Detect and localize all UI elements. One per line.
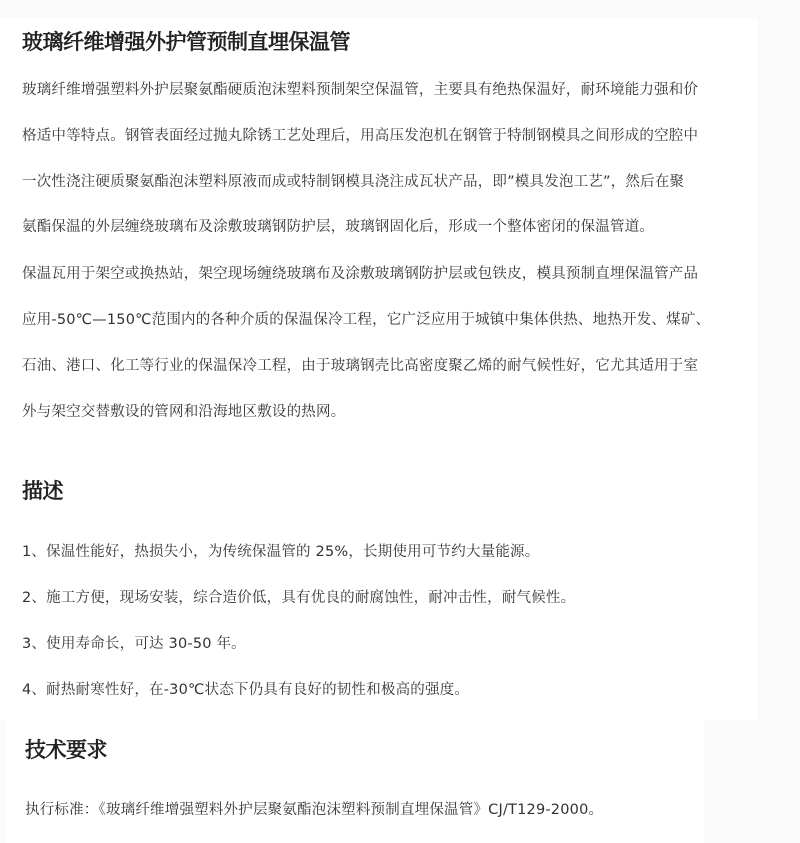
feature-item-2: 2、施工方便，现场安装，综合造价低，具有优良的耐腐蚀性，耐冲击性，耐气候性。 <box>22 586 575 607</box>
section-heading-technical-requirements: 技术要求 <box>25 734 107 764</box>
intro-line-1: 玻璃纤维增强塑料外护层聚氨酯硬质泡沫塑料预制架空保温管，主要具有绝热保温好，耐环… <box>22 78 698 99</box>
product-title: 玻璃纤维增强外护管预制直埋保温管 <box>22 26 350 56</box>
section-heading-description: 描述 <box>22 475 63 505</box>
intro-line-8: 外与架空交替敷设的管网和沿海地区敷设的热网。 <box>22 400 345 421</box>
intro-line-4: 氨酯保温的外层缠绕玻璃布及涂敷玻璃钢防护层，玻璃钢固化后，形成一个整体密闭的保温… <box>22 215 654 236</box>
intro-line-5: 保温瓦用于架空或换热站，架空现场缠绕玻璃布及涂敷玻璃钢防护层或包铁皮，模具预制直… <box>22 262 698 283</box>
feature-item-4: 4、耐热耐寒性好，在-30℃状态下仍具有良好的韧性和极高的强度。 <box>22 678 469 699</box>
intro-line-7: 石油、港口、化工等行业的保温保冷工程，由于玻璃钢壳比高密度聚乙烯的耐气候性好，它… <box>22 354 698 375</box>
standard-text: 执行标准：《玻璃纤维增强塑料外护层聚氨酯泡沫塑料预制直埋保温管》CJ/T129-… <box>25 798 603 819</box>
intro-line-2: 格适中等特点。钢管表面经过抛丸除锈工艺处理后，用高压发泡机在钢管于特制钢模具之间… <box>22 124 698 145</box>
intro-line-6: 应用-50℃—150℃范围内的各种介质的保温保冷工程，它广泛应用于城镇中集体供热… <box>22 308 710 329</box>
intro-line-3: 一次性浇注硬质聚氨酯泡沫塑料原液而成或特制钢模具浇注成瓦状产品，即”模具发泡工艺… <box>22 170 684 191</box>
feature-item-3: 3、使用寿命长，可达 30-50 年。 <box>22 632 246 653</box>
content-panel-bottom <box>6 720 704 843</box>
feature-item-1: 1、保温性能好，热损失小，为传统保温管的 25%，长期使用可节约大量能源。 <box>22 540 539 561</box>
